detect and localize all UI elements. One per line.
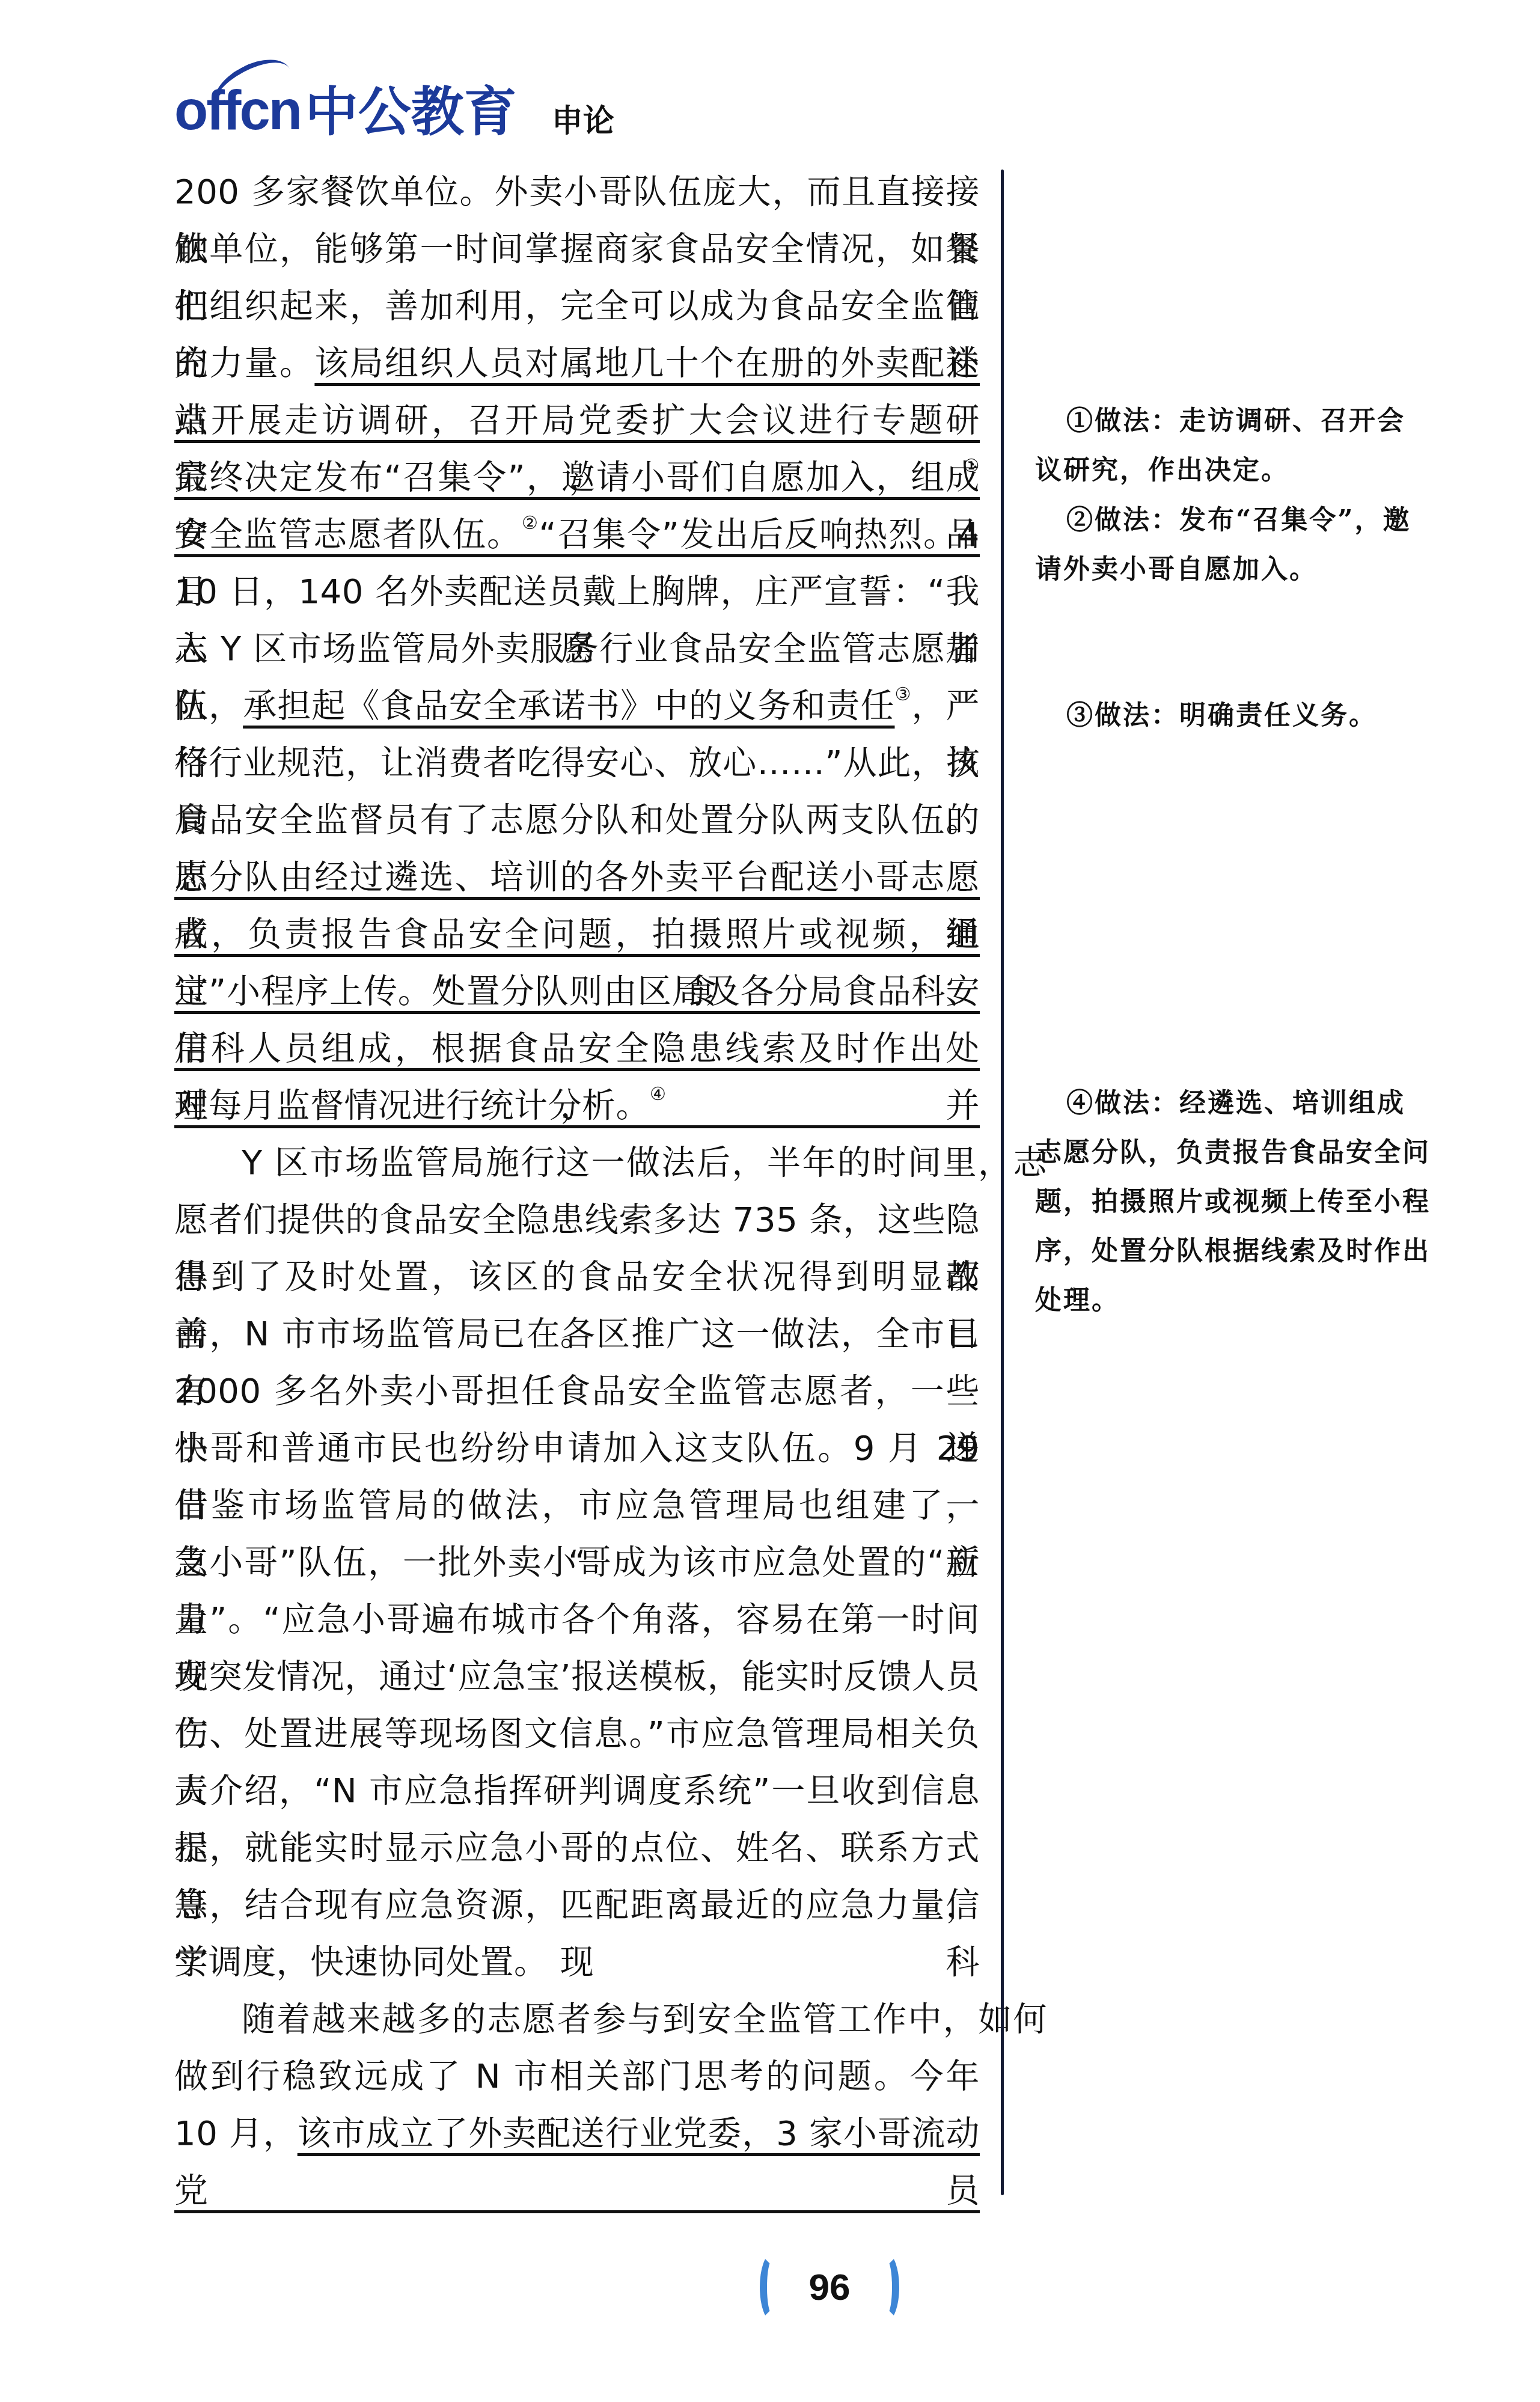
text-line: 10 月，该市成立了外卖配送行业党委，3 家小哥流动党员 xyxy=(174,2105,980,2162)
page-number: 96 xyxy=(809,2266,851,2309)
note-line: 请外卖小哥自愿加入。 xyxy=(1035,545,1492,594)
text-segment: Y 区市场监管局施行这一做法后，半年的时间里，志 xyxy=(242,1143,1047,1182)
text-line: 愿分队由经过遴选、培训的各外卖平台配送小哥志愿者组 xyxy=(174,849,980,906)
text-segment: 随着越来越多的志愿者参与到安全监管工作中，如何 xyxy=(242,2000,1047,2039)
laurel-left-icon xyxy=(760,2254,784,2321)
text-line: 现突发情况，通过‘应急宝’报送模板，能实时反馈人员伤 xyxy=(174,1648,980,1705)
text-line: 做到行稳致远成了 N 市相关部门思考的问题。今年 xyxy=(174,2048,980,2105)
text-line: 200 多家餐饮单位。外卖小哥队伍庞大，而且直接接触餐 xyxy=(174,163,980,221)
page-header: offcn 中公教育 申论 xyxy=(174,66,614,138)
text-line: 入 Y 区市场监管局外卖服务行业食品安全监管志愿者队 xyxy=(174,620,980,677)
text-line: 最终决定发布“召集令”，邀请小哥们自愿加入，组成食品 xyxy=(174,449,980,506)
text-line: 2000 多名外卖小哥担任食品安全监管志愿者，一些快递 xyxy=(174,1363,980,1420)
note-first-line: ④做法：经遴选、培训组成 xyxy=(1035,1079,1492,1128)
text-line: 借鉴市场监管局的做法，市应急管理局也组建了一支“应 xyxy=(174,1477,980,1534)
margin-note: ④做法：经遴选、培训组成志愿分队，负责报告食品安全问题，拍摄照片或视频上传至小程… xyxy=(1035,1079,1492,1325)
text-line: 成，负责报告食品安全问题，拍摄照片或视频，通过“食安 xyxy=(174,906,980,963)
text-segment: 伍， xyxy=(174,686,243,726)
text-line: 用科人员组成，根据食品安全隐患线索及时作出处理，并 xyxy=(174,1020,980,1077)
text-line: 点开展走访调研，召开局党委扩大会议进行专题研究，① xyxy=(174,392,980,449)
margin-note: ①做法：走访调研、召开会议研究，作出决定。 xyxy=(1035,397,1492,495)
text-line: 饮单位，能够第一时间掌握商家食品安全情况，如果把他 xyxy=(174,221,980,278)
text-segment: 做到行稳致远成了 N 市相关部门思考的问题。今年 xyxy=(174,2057,980,2096)
text-line: 得到了及时处置，该区的食品安全状况得到明显改善。目 xyxy=(174,1248,980,1306)
column-divider xyxy=(1001,170,1004,2195)
underlined-text: 安全监管志愿者队伍。 xyxy=(174,515,522,554)
text-line: 10 日，140 名外卖配送员戴上胸牌，庄严宣誓：“我志愿加 xyxy=(174,563,980,620)
text-line: 前，N 市市场监管局已在各区推广这一做法，全市已有 xyxy=(174,1306,980,1363)
text-line: 安全监管志愿者队伍。②“召集令”发出后反响热烈。4 月 xyxy=(174,506,980,563)
note-first-line: ①做法：走访调研、召开会 xyxy=(1035,397,1492,446)
underlined-text: 对每月监督情况进行统计分析。 xyxy=(174,1086,650,1125)
margin-note: ②做法：发布“召集令”，邀请外卖小哥自愿加入。 xyxy=(1035,496,1492,594)
text-line: 亡、处置进展等现场图文信息。”市应急管理局相关负责 xyxy=(174,1705,980,1762)
note-first-line: ②做法：发布“召集令”，邀 xyxy=(1035,496,1492,545)
text-line: 随着越来越多的志愿者参与到安全监管工作中，如何 xyxy=(174,1991,1047,2048)
note-line: 议研究，作出决定。 xyxy=(1035,446,1492,495)
note-line: 志愿分队，负责报告食品安全问 xyxy=(1035,1128,1492,1178)
text-line: 急小哥”队伍，一批外卖小哥成为该市应急处置的“新力 xyxy=(174,1534,980,1591)
text-line: 食品安全监督员有了志愿分队和处置分队两支队伍。志 xyxy=(174,792,980,849)
text-line: 愿者们提供的食品安全隐患线索多达 735 条，这些隐患都 xyxy=(174,1191,980,1248)
text-segment: 10 月， xyxy=(174,2114,298,2153)
brand-logo-cn: 中公教育 xyxy=(305,85,517,138)
text-line: 充力量。该局组织人员对属地几十个在册的外卖配送站 xyxy=(174,335,980,392)
underlined-text: 承担起《食品安全承诺书》中的义务和责任 xyxy=(243,686,894,726)
laurel-right-icon xyxy=(875,2254,899,2321)
main-text-column: 200 多家餐饮单位。外卖小哥队伍庞大，而且直接接触餐饮单位，能够第一时间掌握商… xyxy=(174,163,980,2162)
text-line: 小哥和普通市民也纷纷申请加入这支队伍。9 月 29 日， xyxy=(174,1420,980,1477)
note-line: 题，拍摄照片或视频上传至小程 xyxy=(1035,1178,1492,1227)
text-line: 伍，承担起《食品安全承诺书》中的义务和责任③，严格执 xyxy=(174,677,980,735)
text-line: 示，就能实时显示应急小哥的点位、姓名、联系方式等信 xyxy=(174,1820,980,1877)
text-segment: 学调度，快速协同处置。 xyxy=(174,1943,548,1982)
footnote-marker: ④ xyxy=(650,1084,666,1105)
subject-label: 申论 xyxy=(552,106,614,137)
footnote-marker: ② xyxy=(522,513,539,534)
text-line: 行行业规范，让消费者吃得安心、放心……”从此，该局的 xyxy=(174,735,980,792)
text-line: 宝”小程序上传。处置分队则由区局及各分局食品科、信 xyxy=(174,963,980,1020)
text-line: Y 区市场监管局施行这一做法后，半年的时间里，志 xyxy=(174,1134,1047,1191)
note-line: 处理。 xyxy=(1035,1276,1492,1325)
brand-logo-en: offcn xyxy=(174,83,301,138)
text-line: 息，结合现有应急资源，匹配距离最近的应急力量，实现科 xyxy=(174,1877,980,1934)
footnote-marker: ③ xyxy=(894,684,911,705)
text-segment: 充力量。 xyxy=(174,344,314,383)
note-first-line: ③做法：明确责任义务。 xyxy=(1035,691,1492,741)
margin-note: ③做法：明确责任义务。 xyxy=(1035,691,1492,741)
text-segment: 食品安全监督员有了志愿分队和处置分队两支队伍。 xyxy=(174,801,980,840)
note-line: 序，处置分队根据线索及时作出 xyxy=(1035,1227,1492,1276)
text-line: 们组织起来，善加利用，完全可以成为食品安全监管的补 xyxy=(174,278,980,335)
page-number-footer: 96 xyxy=(751,2257,908,2317)
text-line: 人介绍，“N 市应急指挥研判调度系统”一旦收到信息提 xyxy=(174,1762,980,1820)
text-line: 量”。“应急小哥遍布城市各个角落，容易在第一时间发 xyxy=(174,1591,980,1648)
